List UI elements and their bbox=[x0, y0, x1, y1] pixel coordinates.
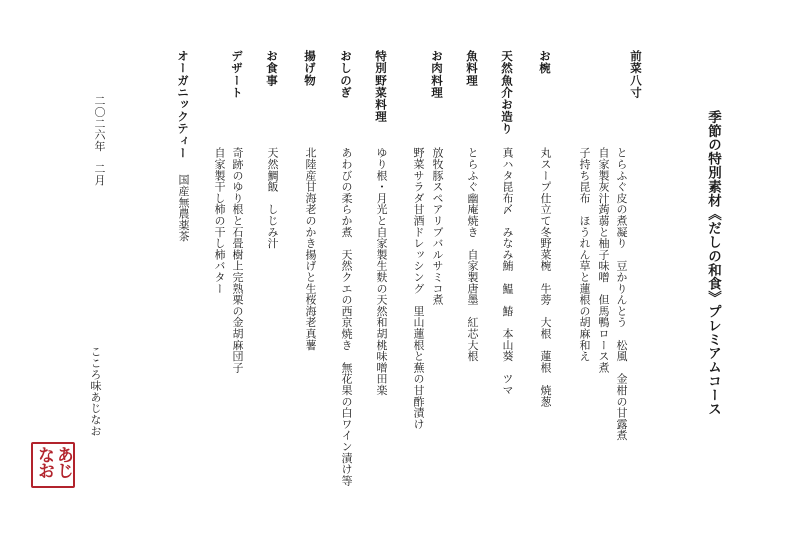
seal-text: あじなお bbox=[34, 446, 72, 484]
course-item: 国産無農薬茶 bbox=[175, 174, 191, 242]
restaurant-signature: こころ味あじなお bbox=[87, 346, 103, 436]
course-heading-meal: お食事 bbox=[264, 50, 280, 86]
course-heading-fried: 揚げ物 bbox=[302, 50, 318, 86]
course-heading-appetizer: 前菜八寸 bbox=[628, 50, 644, 98]
menu-title: 季節の特別素材《だしの和食》プレミアムコース bbox=[704, 110, 722, 416]
course-item: 自家製干し柿の干し柿バター bbox=[211, 147, 227, 294]
course-item: 真ハタ昆布〆 みなみ鮪 鰛 鰆 本山葵 ツマ bbox=[499, 147, 515, 396]
course-heading-vegetable: 特別野菜料理 bbox=[373, 50, 389, 123]
course-heading-tea: オーガニックティー bbox=[175, 50, 191, 159]
course-item: 丸スープ仕立て冬野菜椀 牛蒡 大根 蓮根 焼葱 bbox=[537, 147, 553, 407]
course-item: 野菜サラダ甘酒ドレッシング 里山蓮根と蕪の甘酢漬け bbox=[410, 147, 426, 430]
course-heading-meat: お肉料理 bbox=[429, 50, 445, 98]
restaurant-seal-stamp: あじなお bbox=[31, 442, 75, 488]
course-item: ゆり根・月光と自家製生麩の天然和胡桃味噌田楽 bbox=[373, 147, 389, 396]
course-item: とらふぐ幽庵焼き 自家製唐墨 紅芯大根 bbox=[464, 147, 480, 362]
course-heading-fish: 魚料理 bbox=[464, 50, 480, 86]
course-item: 奇跡のゆり根と石畳樹上完熟栗の金胡麻団子 bbox=[229, 147, 245, 373]
course-heading-sashimi: 天然魚介お造り bbox=[499, 50, 515, 135]
course-item: 北陸産甘海老のかき揚げと生桜海老真薯 bbox=[302, 147, 318, 350]
course-heading-oshinogi: おしのぎ bbox=[338, 50, 354, 98]
course-item: 放牧豚スペアリブバルサミコ煮 bbox=[429, 147, 445, 305]
course-item: 天然鯛飯 しじみ汁 bbox=[264, 147, 280, 249]
course-item: 自家製灰汁蒟蒻と柚子味噌 但馬鴨ロース煮 bbox=[595, 147, 611, 373]
menu-date: 二〇二六年 二月 bbox=[91, 95, 107, 185]
course-item: 子持ち昆布 ほうれん草と蓮根の胡麻和え bbox=[576, 147, 592, 362]
course-heading-soup: お椀 bbox=[537, 50, 553, 74]
course-item: とらふぐ皮の煮凝り 豆かりんとう 松風 金柑の甘露煮 bbox=[613, 147, 629, 441]
course-item: あわびの柔らか煮 天然クエの西京焼き 無花果の白ワイン漬け等 bbox=[338, 147, 354, 486]
course-heading-dessert: デザート bbox=[229, 50, 245, 98]
